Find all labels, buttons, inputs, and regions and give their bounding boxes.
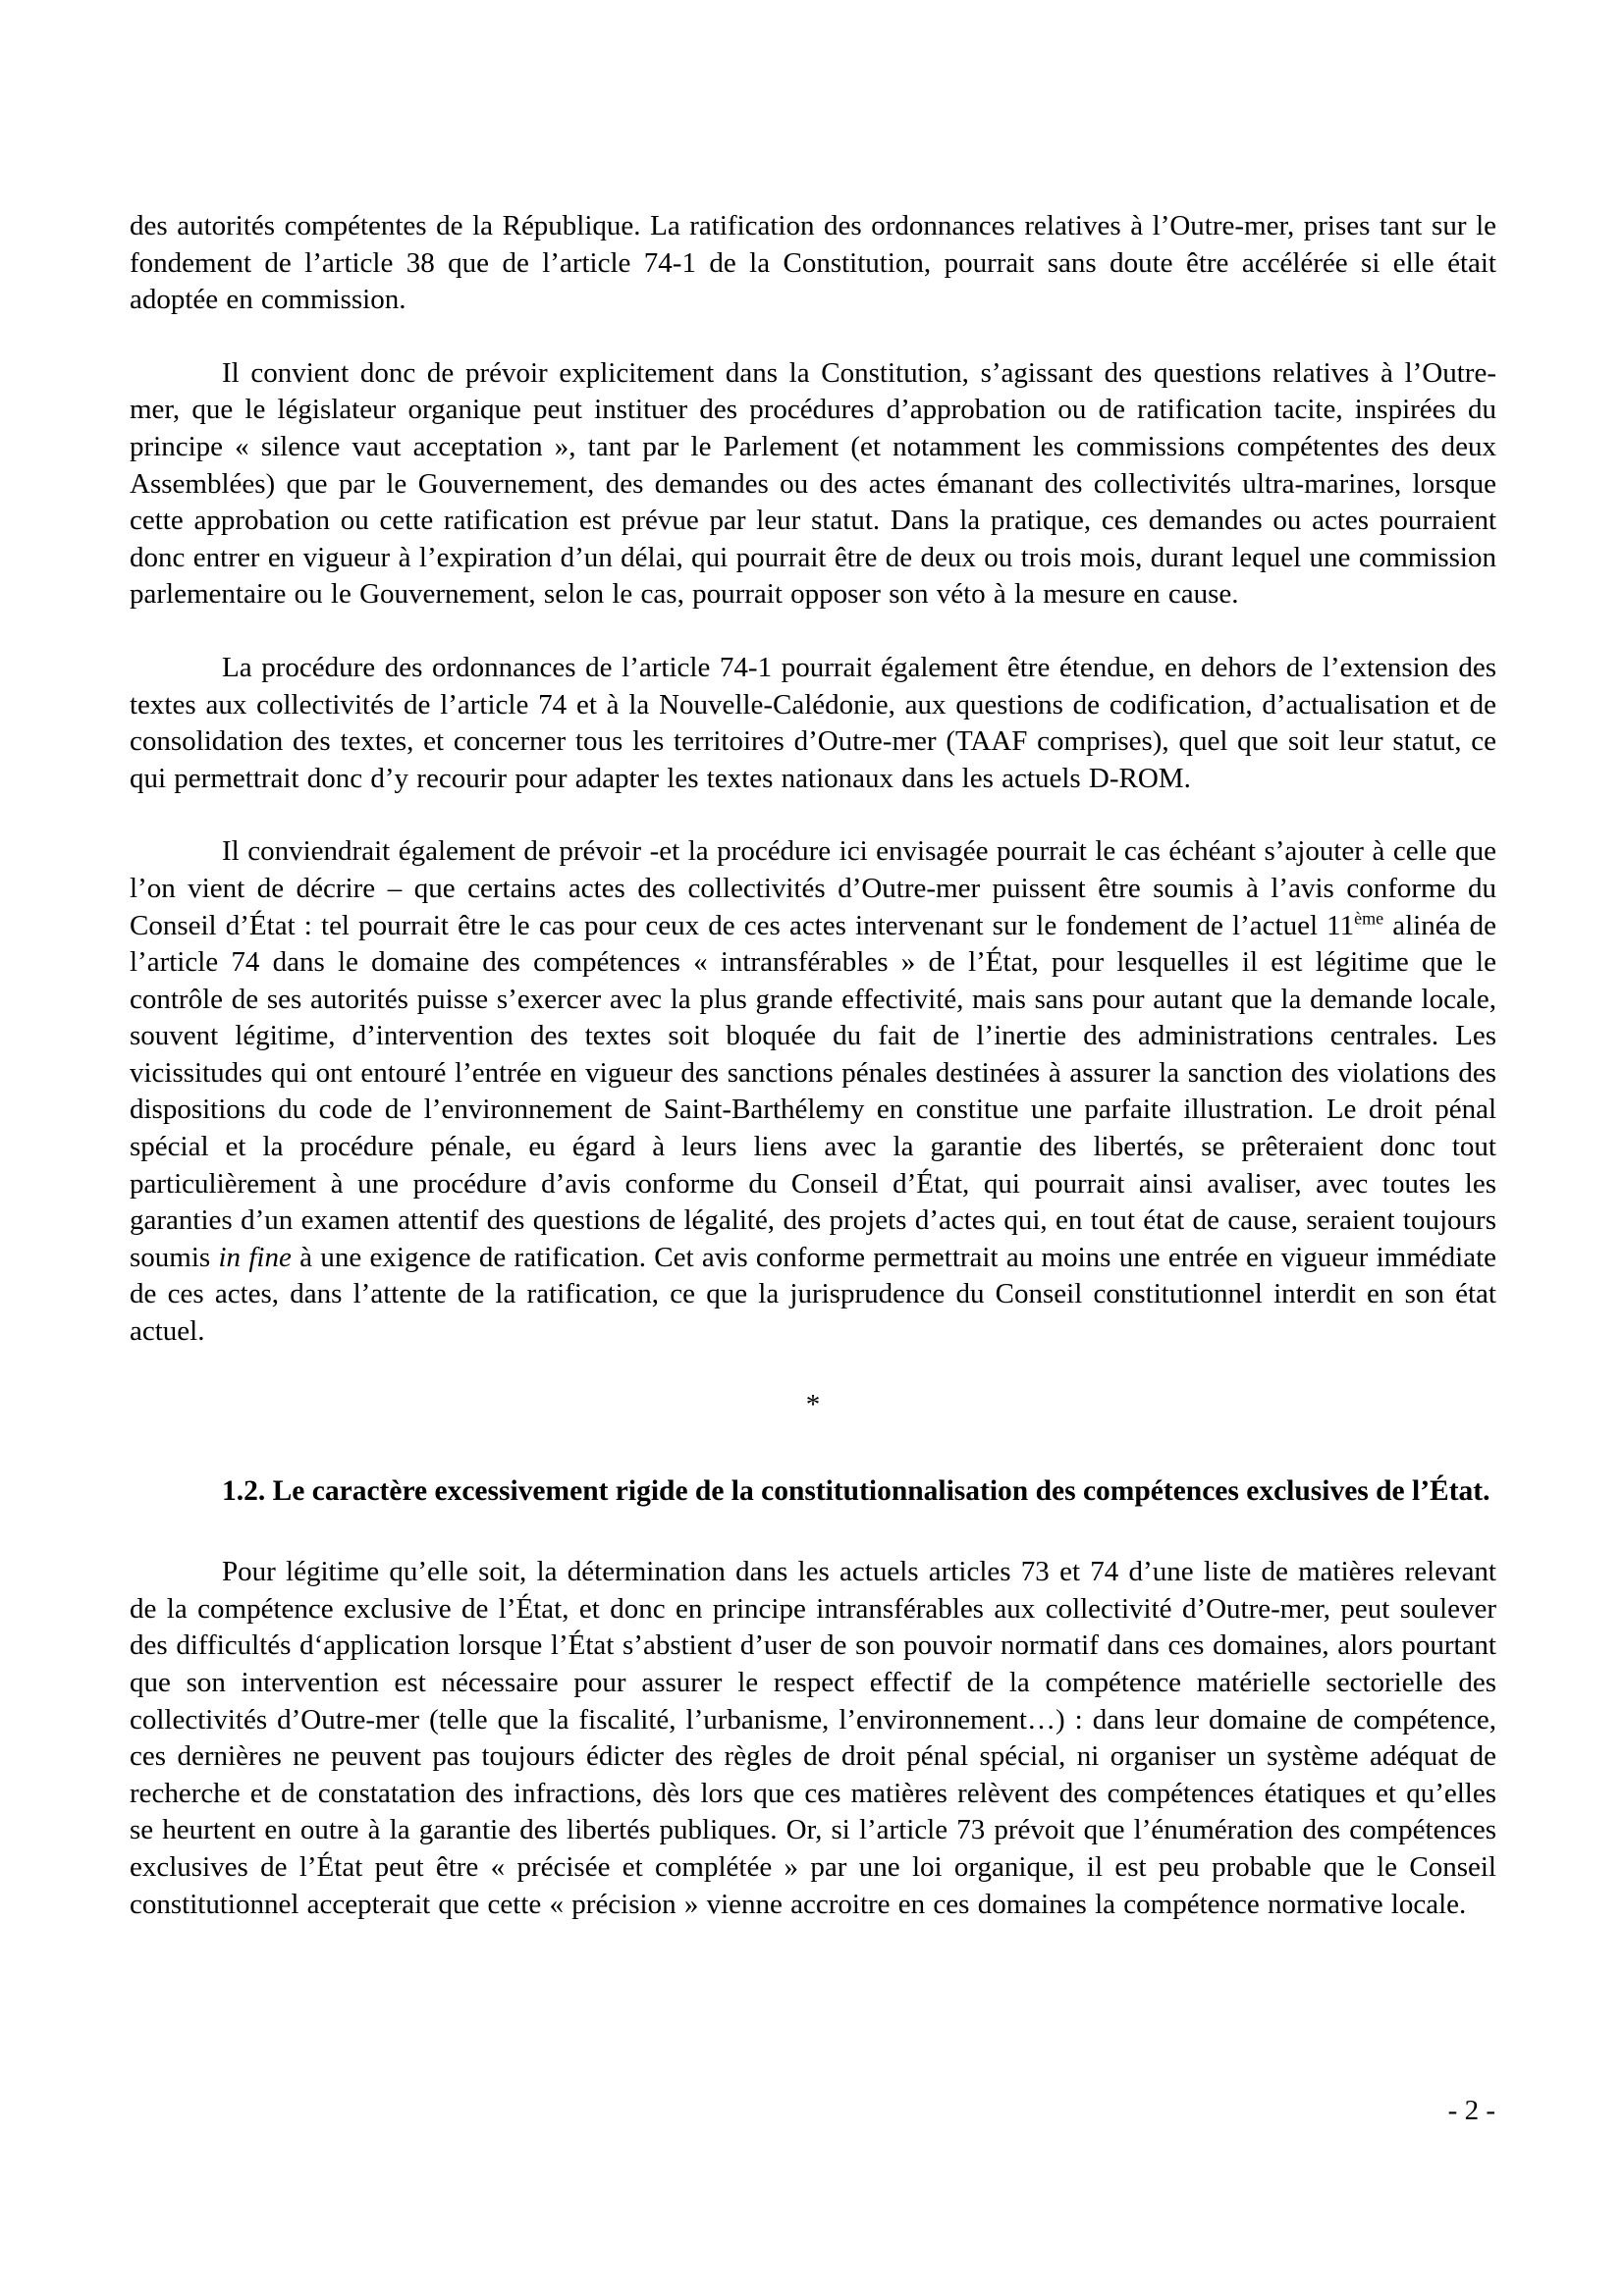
paragraph-approbation-tacite: Il convient donc de prévoir explicitemen… <box>130 355 1496 614</box>
paragraph-avis-conforme-text-2: alinéa de l’article 74 dans le domaine d… <box>130 910 1496 1273</box>
paragraph-avis-conforme-text-1: Il conviendrait également de prévoir -et… <box>130 835 1496 940</box>
document-page: des autorités compétentes de la Républiq… <box>0 0 1624 2296</box>
section-heading-1-2: 1.2. Le caractère excessivement rigide d… <box>130 1472 1496 1510</box>
paragraph-avis-conforme: Il conviendrait également de prévoir -et… <box>130 833 1496 1350</box>
ordinal-superscript: ème <box>1354 908 1383 928</box>
paragraph-competences-exclusives: Pour légitime qu’elle soit, la détermina… <box>130 1554 1496 1923</box>
document-body: des autorités compétentes de la Républiq… <box>130 208 1496 1959</box>
paragraph-procedure-ordonnances: La procédure des ordonnances de l’articl… <box>130 650 1496 797</box>
section-separator-star: * <box>130 1387 1496 1424</box>
latin-phrase-italic: in fine <box>219 1242 292 1273</box>
page-number: - 2 - <box>1448 2093 1495 2129</box>
paragraph-continuation: des autorités compétentes de la Républiq… <box>130 208 1496 319</box>
paragraph-avis-conforme-text-3: à une exigence de ratification. Cet avis… <box>130 1242 1496 1347</box>
